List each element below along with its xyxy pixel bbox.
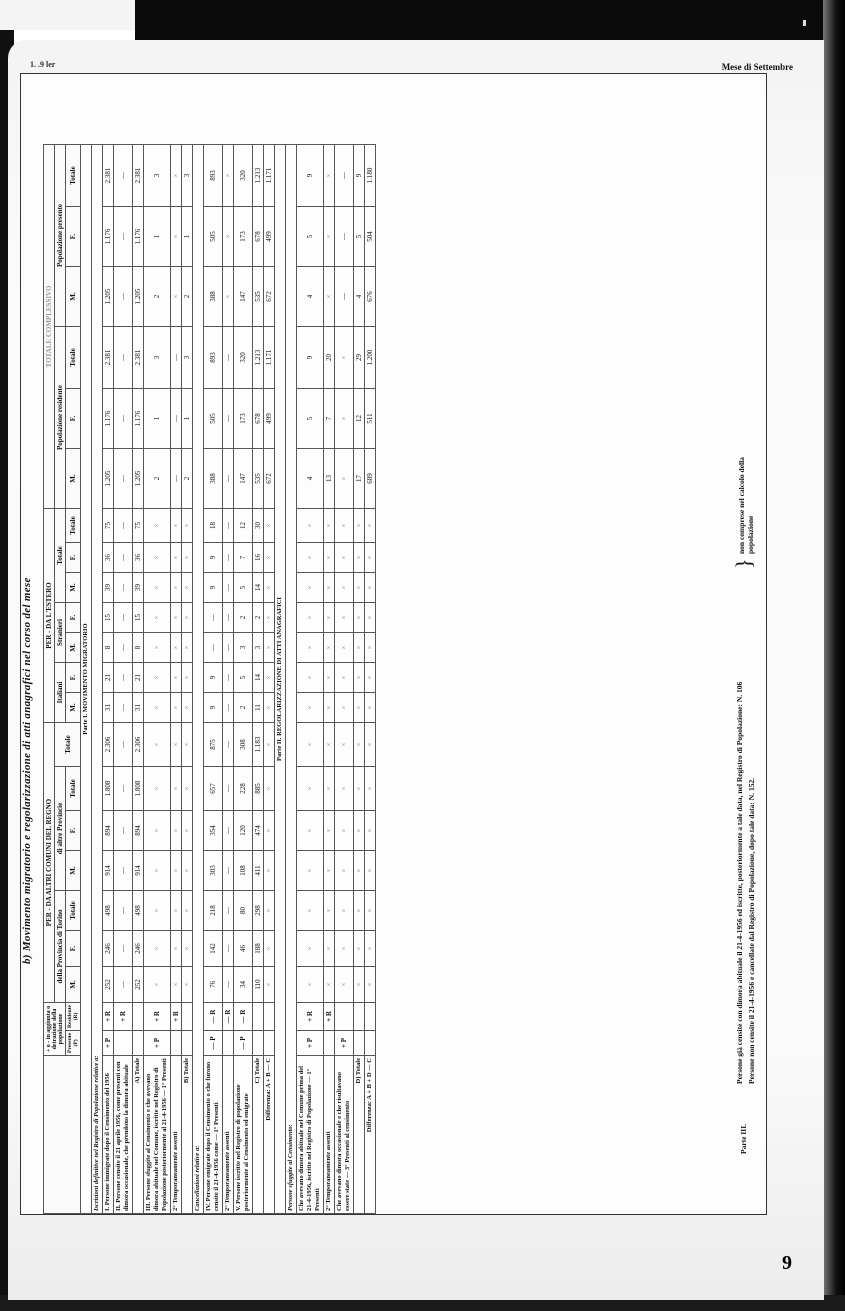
cell-pres-t: 9 <box>354 145 365 207</box>
cell-alt-t: × <box>365 767 376 811</box>
cell-est-m: × <box>171 573 182 603</box>
cell-res-m: 1.205 <box>103 449 114 509</box>
presente-sign <box>171 1030 182 1055</box>
cell-res-m: 672 <box>264 449 275 509</box>
cell-res-t: 3 <box>144 327 171 389</box>
cell-alt-m: × <box>365 851 376 891</box>
table-title: b) Movimento migratorio e regolarizzazio… <box>21 74 39 964</box>
cell-st-f: × <box>297 603 324 633</box>
cell-res-f: 499 <box>264 389 275 449</box>
row-label: Persone sfuggite al Censimento: <box>286 145 297 1214</box>
cell-prov-f: × <box>264 931 275 967</box>
cell-st-m: 8 <box>103 633 114 663</box>
cell-tot: 2.306 <box>133 723 144 767</box>
cell-alt-f: × <box>144 811 171 851</box>
total-label: Differenza: A + B — C <box>264 1056 275 1214</box>
cell-st-m: × <box>335 633 354 663</box>
cell-tot: × <box>354 723 365 767</box>
cell-pres-t: — <box>114 145 133 207</box>
table-row: Iscrizioni definitive nel Registro di Po… <box>92 145 103 1214</box>
cell-st-m: — <box>204 633 223 663</box>
col-m: M. <box>66 851 81 891</box>
cell-it-m: × <box>182 693 193 723</box>
cell-est-t: 18 <box>204 509 223 543</box>
cell-est-m: × <box>324 573 335 603</box>
cell-st-f: × <box>324 603 335 633</box>
table-row: D) Totale××××××××××××××171229459 <box>354 145 365 1214</box>
rotated-content: b) Movimento migratorio e regolarizzazio… <box>21 74 766 1214</box>
cell-tot: — <box>223 723 234 767</box>
cell-tot: 2.306 <box>103 723 114 767</box>
cell-res-f: — <box>114 389 133 449</box>
totale-comuni-header: Totale <box>55 723 81 767</box>
table-body: Parte I. MOVIMENTO MIGRATORIOIscrizioni … <box>81 145 376 1214</box>
cell-tot: × <box>335 723 354 767</box>
cell-it-f: × <box>354 663 365 693</box>
table-row: A) Totale2522464989148941.8082.306312181… <box>133 145 144 1214</box>
cell-prov-t: — <box>223 891 234 931</box>
cell-res-m: × <box>335 449 354 509</box>
cell-pres-t: 1.180 <box>365 145 376 207</box>
cell-prov-m: 252 <box>103 967 114 1003</box>
brace-icon: } <box>733 558 755 569</box>
cell-tot: × <box>182 723 193 767</box>
total-label: B) Totale <box>182 1056 193 1214</box>
cell-it-f: × <box>324 663 335 693</box>
cell-alt-t: × <box>354 767 365 811</box>
cell-res-t: 893 <box>204 327 223 389</box>
cell-it-f: 5 <box>234 663 253 693</box>
cell-prov-f: × <box>354 931 365 967</box>
presente-sign: + P <box>144 1030 171 1055</box>
cell-alt-f: 354 <box>204 811 223 851</box>
cell-st-f: × <box>264 603 275 633</box>
cell-est-t: 30 <box>253 509 264 543</box>
table-row: Parte II. REGOLARIZZAZIONE DI ATTI ANAGR… <box>275 145 286 1214</box>
cell-est-f: × <box>324 543 335 573</box>
cell-prov-f: 142 <box>204 931 223 967</box>
cell-tot: × <box>171 723 182 767</box>
cell-pres-m: — <box>335 267 354 327</box>
cell-pres-f: 1.176 <box>103 207 114 267</box>
residente-sign: + R <box>144 1003 171 1031</box>
parte-3-label: Parte III. <box>739 1124 748 1154</box>
cell-prov-t: × <box>335 891 354 931</box>
cell-res-f: 505 <box>204 389 223 449</box>
table-row: IV. Persone emigrate dopo il Censimento … <box>204 145 223 1214</box>
residente-sign <box>365 1003 376 1031</box>
col-m: M. <box>66 633 81 663</box>
cell-res-f: — <box>223 389 234 449</box>
cell-res-f: 678 <box>253 389 264 449</box>
cell-alt-t: × <box>182 767 193 811</box>
cell-st-m: × <box>264 633 275 663</box>
cell-alt-f: × <box>182 811 193 851</box>
cell-pres-t: 1.171 <box>264 145 275 207</box>
cell-it-f: 21 <box>103 663 114 693</box>
presente-sign <box>324 1030 335 1055</box>
cell-tot: × <box>324 723 335 767</box>
cell-prov-t: × <box>182 891 193 931</box>
cell-alt-f: × <box>171 811 182 851</box>
cell-pres-f: 504 <box>365 207 376 267</box>
cell-alt-t: 885 <box>253 767 264 811</box>
residente-sign <box>354 1003 365 1031</box>
cell-est-f: × <box>171 543 182 573</box>
cell-res-t: — <box>114 327 133 389</box>
cell-res-t: 1.213 <box>253 327 264 389</box>
cell-pres-t: 1.213 <box>253 145 264 207</box>
table-row: Che avevano dimora abituale nel Comune p… <box>297 145 324 1214</box>
col-m: M. <box>66 449 81 509</box>
cell-st-m: × <box>144 633 171 663</box>
cell-it-f: 21 <box>133 663 144 693</box>
cell-res-t: 29 <box>354 327 365 389</box>
cell-res-f: × <box>335 389 354 449</box>
cell-prov-t: × <box>297 891 324 931</box>
cell-est-t: — <box>114 509 133 543</box>
cell-tot: 1.183 <box>253 723 264 767</box>
section-heading: Parte I. MOVIMENTO MIGRATORIO <box>81 145 92 1214</box>
cell-st-m: 3 <box>234 633 253 663</box>
cell-st-f: 2 <box>234 603 253 633</box>
cell-tot: × <box>365 723 376 767</box>
cell-pres-f: 1 <box>144 207 171 267</box>
table-row: Che avevano dimora occasionale e che ris… <box>335 145 354 1214</box>
cell-est-t: × <box>297 509 324 543</box>
cell-pres-m: × <box>223 267 234 327</box>
cell-res-t: 1.171 <box>264 327 275 389</box>
row-label: 2° Temporaneamente assenti <box>171 1056 182 1214</box>
cell-alt-f: — <box>114 811 133 851</box>
cell-res-f: 1.176 <box>103 389 114 449</box>
cell-alt-m: × <box>335 851 354 891</box>
cell-it-f: × <box>335 663 354 693</box>
cell-pres-t: 9 <box>297 145 324 207</box>
cell-alt-t: × <box>297 767 324 811</box>
cell-prov-m: × <box>354 967 365 1003</box>
cell-prov-t: 218 <box>204 891 223 931</box>
col-m: M. <box>66 573 81 603</box>
page-header-left: 1. .9 ler <box>30 60 55 69</box>
cell-prov-t: × <box>365 891 376 931</box>
comuni-header: PER - DA ALTRI COMUNI DEL REGNO <box>44 723 55 1003</box>
cell-res-t: — <box>223 327 234 389</box>
cell-est-f: × <box>354 543 365 573</box>
cell-prov-m: × <box>365 967 376 1003</box>
cell-est-m: 39 <box>133 573 144 603</box>
col-f: F. <box>66 931 81 967</box>
row-label: IV. Persone emigrate dopo il Censimento … <box>204 1056 223 1214</box>
cell-st-f: × <box>144 603 171 633</box>
cell-prov-f: 246 <box>133 931 144 967</box>
cell-st-m: × <box>354 633 365 663</box>
cell-pres-f: 5 <box>297 207 324 267</box>
cell-alt-m: 411 <box>253 851 264 891</box>
cell-tot: × <box>264 723 275 767</box>
cell-it-m: × <box>264 693 275 723</box>
cell-pres-m: 672 <box>264 267 275 327</box>
totale-complessivo-header: TOTALE COMPLESSIVO <box>44 145 55 509</box>
cell-est-f: × <box>365 543 376 573</box>
residente-sign: — R <box>204 1003 223 1031</box>
cell-res-t: 320 <box>234 327 253 389</box>
cell-est-t: 75 <box>133 509 144 543</box>
cell-it-m: × <box>171 693 182 723</box>
cell-pres-t: — <box>335 145 354 207</box>
footer-notes: Parte III. Persone già censite con dimor… <box>733 74 763 1214</box>
cell-est-f: 7 <box>234 543 253 573</box>
cell-res-m: 2 <box>182 449 193 509</box>
residente-sign: — R <box>223 1003 234 1031</box>
cell-est-t: × <box>264 509 275 543</box>
cell-alt-m: × <box>182 851 193 891</box>
cell-alt-m: — <box>223 851 234 891</box>
cell-alt-m: × <box>264 851 275 891</box>
presente-sign <box>253 1030 264 1055</box>
cell-it-f: × <box>264 663 275 693</box>
cell-tot: — <box>114 723 133 767</box>
col-m: M. <box>66 693 81 723</box>
cell-st-m: × <box>171 633 182 663</box>
cell-pres-m: 4 <box>297 267 324 327</box>
cell-res-f: 511 <box>365 389 376 449</box>
row-label: II. Persone censite il 21 aprile 1956, c… <box>114 1056 133 1214</box>
scan-margin <box>0 0 135 30</box>
cell-alt-m: × <box>297 851 324 891</box>
table-row: I. Persone immigrate dopo il Censimento … <box>103 145 114 1214</box>
cell-alt-f: 474 <box>253 811 264 851</box>
cell-pres-f: 1.176 <box>133 207 144 267</box>
stranieri-header: Stranieri <box>55 603 66 663</box>
cell-est-m: × <box>365 573 376 603</box>
cell-prov-m: × <box>324 967 335 1003</box>
totale-estero-header: Totale <box>55 509 66 603</box>
cell-res-t: 2.381 <box>103 327 114 389</box>
cell-res-f: 173 <box>234 389 253 449</box>
cell-it-m: 31 <box>133 693 144 723</box>
row-label: 2° Temporaneamente assenti <box>223 1056 234 1214</box>
cell-pres-m: 2 <box>182 267 193 327</box>
cell-prov-m: × <box>144 967 171 1003</box>
cell-prov-f: 46 <box>234 931 253 967</box>
presente-sign: — P <box>204 1030 223 1055</box>
residente-sign <box>182 1003 193 1031</box>
cell-est-m: × <box>264 573 275 603</box>
presente-sign: + P <box>103 1030 114 1055</box>
cell-res-f: 7 <box>324 389 335 449</box>
cell-res-m: 13 <box>324 449 335 509</box>
cell-pres-t: 320 <box>234 145 253 207</box>
cell-it-m: 11 <box>253 693 264 723</box>
scan-border-right <box>823 0 845 1311</box>
col-f: F. <box>66 663 81 693</box>
cell-est-f: 36 <box>133 543 144 573</box>
cell-est-f: × <box>335 543 354 573</box>
cell-it-m: × <box>297 693 324 723</box>
cell-pres-t: 2.381 <box>133 145 144 207</box>
cell-prov-t: × <box>171 891 182 931</box>
cell-alt-f: 120 <box>234 811 253 851</box>
cell-est-m: — <box>114 573 133 603</box>
cell-prov-f: × <box>297 931 324 967</box>
cell-pres-f: — <box>335 207 354 267</box>
col-tot: Totale <box>66 145 81 207</box>
cell-est-f: — <box>223 543 234 573</box>
presente-sign <box>223 1030 234 1055</box>
cell-prov-m: 76 <box>204 967 223 1003</box>
cell-res-t: × <box>335 327 354 389</box>
cell-st-f: 15 <box>133 603 144 633</box>
presente-header: Presente (P) <box>66 1030 81 1055</box>
cell-res-f: 12 <box>354 389 365 449</box>
table-row: B) Totale××××××××××××××213213 <box>182 145 193 1214</box>
table-row: Cancellazioni relative a: <box>193 145 204 1214</box>
cell-prov-m: × <box>264 967 275 1003</box>
cell-prov-f: × <box>335 931 354 967</box>
cell-st-f: 2 <box>253 603 264 633</box>
cell-it-m: 9 <box>204 693 223 723</box>
cell-alt-t: 1.808 <box>133 767 144 811</box>
footer-note-1: Persone già censite con dimora abituale … <box>735 682 744 1084</box>
cell-res-m: 147 <box>234 449 253 509</box>
cell-pres-m: 2 <box>144 267 171 327</box>
cell-est-t: × <box>144 509 171 543</box>
col-tot: Totale <box>66 509 81 543</box>
cell-st-m: × <box>297 633 324 663</box>
cell-prov-m: 110 <box>253 967 264 1003</box>
cell-alt-t: — <box>114 767 133 811</box>
cell-it-m: × <box>335 693 354 723</box>
cell-est-t: 75 <box>103 509 114 543</box>
cell-st-m: × <box>365 633 376 663</box>
cell-alt-f: × <box>335 811 354 851</box>
cell-prov-m: 252 <box>133 967 144 1003</box>
cell-it-m: × <box>365 693 376 723</box>
cell-st-f: × <box>365 603 376 633</box>
col-f: F. <box>66 389 81 449</box>
section-heading: Parte II. REGOLARIZZAZIONE DI ATTI ANAGR… <box>275 145 286 1214</box>
cell-it-m: × <box>354 693 365 723</box>
cell-st-f: — <box>204 603 223 633</box>
cell-prov-f: × <box>324 931 335 967</box>
incidenza-header: + o - in aggiunta o detrazione della pop… <box>44 1003 66 1056</box>
col-f: F. <box>66 207 81 267</box>
cell-alt-m: × <box>354 851 365 891</box>
cell-res-m: 1.205 <box>133 449 144 509</box>
total-label: C) Totale <box>253 1056 264 1214</box>
row-label: I. Persone immigrate dopo il Censimento … <box>103 1056 114 1214</box>
pop-presente-header: Popolazione presente <box>55 145 66 327</box>
cell-est-f: 9 <box>204 543 223 573</box>
cell-res-t: — <box>171 327 182 389</box>
cell-est-f: × <box>182 543 193 573</box>
cell-prov-m: — <box>223 967 234 1003</box>
cell-res-m: 535 <box>253 449 264 509</box>
cell-st-m: — <box>114 633 133 663</box>
altre-province-header: di altre Provincie <box>55 767 66 891</box>
cell-prov-t: 80 <box>234 891 253 931</box>
cell-est-f: × <box>297 543 324 573</box>
col-f: F. <box>66 603 81 633</box>
cell-prov-t: 498 <box>133 891 144 931</box>
footer-note-brace: non comprese nel calcolo della popolazio… <box>737 434 755 554</box>
cell-st-f: × <box>354 603 365 633</box>
cell-tot: × <box>144 723 171 767</box>
row-label: Iscrizioni definitive nel Registro di Po… <box>92 145 103 1214</box>
cell-est-m: × <box>354 573 365 603</box>
cell-res-f: 1 <box>182 389 193 449</box>
cell-pres-f: 499 <box>264 207 275 267</box>
cell-prov-f: × <box>144 931 171 967</box>
provincia-torino-header: della Provincia di Torino <box>55 891 66 1003</box>
cell-alt-m: — <box>114 851 133 891</box>
cell-it-f: × <box>144 663 171 693</box>
cell-it-f: — <box>114 663 133 693</box>
col-m: M. <box>66 267 81 327</box>
cell-it-f: — <box>223 663 234 693</box>
cell-est-m: × <box>297 573 324 603</box>
cell-prov-t: × <box>354 891 365 931</box>
cell-est-m: × <box>144 573 171 603</box>
cell-pres-f: — <box>114 207 133 267</box>
cell-est-t: 12 <box>234 509 253 543</box>
cell-prov-t: × <box>324 891 335 931</box>
cell-prov-f: 188 <box>253 931 264 967</box>
cell-res-m: 689 <box>365 449 376 509</box>
pop-residente-header: Popolazione residente <box>55 327 66 509</box>
cell-alt-t: × <box>171 767 182 811</box>
cell-est-t: × <box>324 509 335 543</box>
cell-est-f: × <box>264 543 275 573</box>
cell-res-f: — <box>171 389 182 449</box>
cell-pres-f: 5 <box>354 207 365 267</box>
cell-pres-t: 2.381 <box>103 145 114 207</box>
cell-alt-f: — <box>223 811 234 851</box>
cell-st-f: × <box>171 603 182 633</box>
cell-pres-m: 4 <box>354 267 365 327</box>
cell-prov-t: × <box>264 891 275 931</box>
cell-pres-m: 1.205 <box>133 267 144 327</box>
residente-sign: — R <box>234 1003 253 1031</box>
cell-alt-t: 228 <box>234 767 253 811</box>
residente-sign <box>264 1003 275 1031</box>
page-number: 9 <box>782 1252 792 1275</box>
table-row: 2° Temporaneamente assenti+ R×××××××××××… <box>324 145 335 1214</box>
cell-st-m: — <box>223 633 234 663</box>
table-row: Differenza: A + B + D — C××××××××××××××6… <box>365 145 376 1214</box>
cell-it-m: 2 <box>234 693 253 723</box>
table-row: II. Persone censite il 21 aprile 1956, c… <box>114 145 133 1214</box>
cell-it-f: × <box>297 663 324 693</box>
migration-table: + o - in aggiunta o detrazione della pop… <box>43 144 376 1214</box>
cell-est-m: × <box>335 573 354 603</box>
cell-st-f: × <box>335 603 354 633</box>
cell-est-m: — <box>223 573 234 603</box>
estero-header: PER - DA L'ESTERO <box>44 509 55 723</box>
cell-prov-m: × <box>297 967 324 1003</box>
label-header <box>44 1056 81 1214</box>
cell-prov-m: — <box>114 967 133 1003</box>
presente-sign: — P <box>234 1030 253 1055</box>
cell-res-m: 4 <box>297 449 324 509</box>
cell-pres-m: 147 <box>234 267 253 327</box>
cell-it-f: 9 <box>204 663 223 693</box>
cell-prov-m: 34 <box>234 967 253 1003</box>
cell-prov-t: — <box>114 891 133 931</box>
cell-est-m: 39 <box>103 573 114 603</box>
cell-res-m: — <box>114 449 133 509</box>
